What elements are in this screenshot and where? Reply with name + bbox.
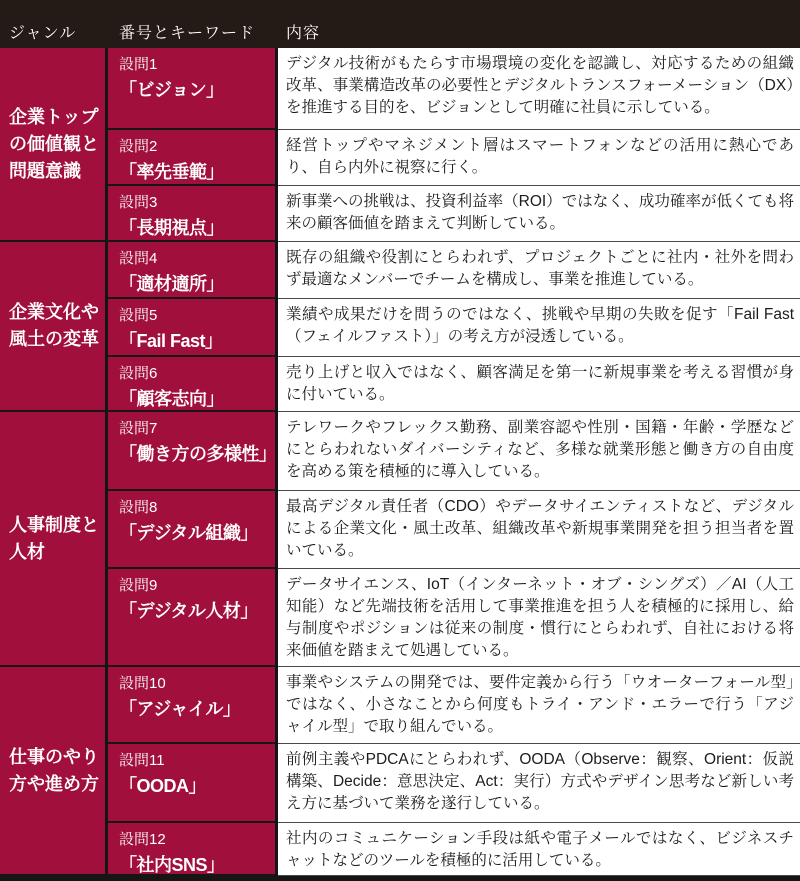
genre-group-top-values: 企業トップ の価値観と 問題意識 設問1 「ビジョン」 デジタル技術がもたらす市… — [0, 48, 800, 242]
question-keyword: 「Fail Fast」 — [119, 328, 271, 354]
question-keyword: 「アジャイル」 — [119, 696, 271, 722]
dx-survey-table: ジャンル 番号とキーワード 内容 企業トップ の価値観と 問題意識 設問1 「ビ… — [0, 0, 800, 881]
question-keyword: 「長期視点」 — [119, 215, 271, 241]
content-cell: 社内のコミュニケーション手段は紙や電子メールではなく、ビジネスチャットなどのツー… — [278, 823, 800, 876]
question-number: 設問8 — [119, 498, 271, 518]
content-cell: 最高デジタル責任者（CDO）やデータサイエンティストなど、デジタルによる企業文化… — [278, 491, 800, 569]
question-number: 設問1 — [119, 55, 271, 75]
table-row: 設問6 「顧客志向」 売り上げと収入ではなく、顧客満足を第一に新規事業を考える習… — [105, 357, 800, 412]
question-keyword: 「デジタル人材」 — [119, 598, 271, 624]
question-number: 設問12 — [119, 830, 271, 850]
content-cell: 前例主義やPDCAにとらわれず、OODA（Observe：観察、Orient：仮… — [278, 744, 800, 823]
genre-group-culture: 企業文化や 風土の変革 設問4 「適材適所」 既存の組織や役割にとらわれず、プロ… — [0, 242, 800, 412]
table-row: 設問3 「長期視点」 新事業への挑戦は、投資利益率（ROI）ではなく、成功確率が… — [105, 186, 800, 242]
header-genre: ジャンル — [0, 20, 105, 43]
content-cell: 売り上げと収入ではなく、顧客満足を第一に新規事業を考える習慣が身に付いている。 — [278, 357, 800, 412]
question-number: 設問10 — [119, 674, 271, 694]
question-keyword: 「顧客志向」 — [119, 386, 271, 412]
table-row: 設問8 「デジタル組織」 最高デジタル責任者（CDO）やデータサイエンティストな… — [105, 491, 800, 569]
content-cell: 業績や成果だけを問うのではなく、挑戦や早期の失敗を促す「Fail Fast（フェ… — [278, 299, 800, 357]
question-keyword: 「デジタル組織」 — [119, 520, 271, 546]
question-cell: 設問11 「OODA」 — [105, 744, 278, 823]
table-row: 設問5 「Fail Fast」 業績や成果だけを問うのではなく、挑戦や早期の失敗… — [105, 299, 800, 357]
question-number: 設問9 — [119, 576, 271, 596]
table-row: 設問7 「働き方の多様性」 テレワークやフレックス勤務、副業容認や性別・国籍・年… — [105, 412, 800, 491]
question-cell: 設問9 「デジタル人材」 — [105, 569, 278, 667]
table-row: 設問1 「ビジョン」 デジタル技術がもたらす市場環境の変化を認識し、対応するため… — [105, 48, 800, 130]
table-header: ジャンル 番号とキーワード 内容 — [0, 0, 800, 48]
question-keyword: 「適材適所」 — [119, 271, 271, 297]
header-number-keyword: 番号とキーワード — [105, 20, 278, 43]
content-cell: 新事業への挑戦は、投資利益率（ROI）ではなく、成功確率が低くても将来の顧客価値… — [278, 186, 800, 242]
content-cell: 事業やシステムの開発では、要件定義から行う「ウオーターフォール型」ではなく、小さ… — [278, 667, 800, 744]
table-row: 設問12 「社内SNS」 社内のコミュニケーション手段は紙や電子メールではなく、… — [105, 823, 800, 876]
question-number: 設問3 — [119, 193, 271, 213]
question-number: 設問7 — [119, 419, 271, 439]
content-cell: データサイエンス、IoT（インターネット・オブ・シングズ）／AI（人工知能）など… — [278, 569, 800, 667]
question-number: 設問5 — [119, 306, 271, 326]
question-cell: 設問7 「働き方の多様性」 — [105, 412, 278, 491]
question-cell: 設問10 「アジャイル」 — [105, 667, 278, 744]
genre-group-hr: 人事制度と 人材 設問7 「働き方の多様性」 テレワークやフレックス勤務、副業容… — [0, 412, 800, 667]
question-number: 設問2 — [119, 137, 271, 157]
table-row: 設問2 「率先垂範」 経営トップやマネジメント層はスマートフォンなどの活用に熱心… — [105, 130, 800, 186]
content-cell: 経営トップやマネジメント層はスマートフォンなどの活用に熱心であり、自ら内外に視察… — [278, 130, 800, 186]
genre-label: 仕事のやり 方や進め方 — [0, 667, 105, 876]
table-row: 設問10 「アジャイル」 事業やシステムの開発では、要件定義から行う「ウオーター… — [105, 667, 800, 744]
question-cell: 設問5 「Fail Fast」 — [105, 299, 278, 357]
question-cell: 設問6 「顧客志向」 — [105, 357, 278, 412]
question-cell: 設問3 「長期視点」 — [105, 186, 278, 242]
question-cell: 設問1 「ビジョン」 — [105, 48, 278, 130]
question-keyword: 「ビジョン」 — [119, 77, 271, 103]
question-number: 設問6 — [119, 364, 271, 384]
content-cell: デジタル技術がもたらす市場環境の変化を認識し、対応するための組織改革、事業構造改… — [278, 48, 800, 130]
table-row: 設問9 「デジタル人材」 データサイエンス、IoT（インターネット・オブ・シング… — [105, 569, 800, 667]
question-keyword: 「働き方の多様性」 — [119, 441, 271, 467]
question-cell: 設問8 「デジタル組織」 — [105, 491, 278, 569]
genre-label: 人事制度と 人材 — [0, 412, 105, 667]
content-cell: テレワークやフレックス勤務、副業容認や性別・国籍・年齢・学歴などにとらわれないダ… — [278, 412, 800, 491]
content-cell: 既存の組織や役割にとらわれず、プロジェクトごとに社内・社外を問わず最適なメンバー… — [278, 242, 800, 299]
genre-label: 企業文化や 風土の変革 — [0, 242, 105, 412]
question-cell: 設問2 「率先垂範」 — [105, 130, 278, 186]
bottom-border-bar — [0, 876, 800, 881]
question-keyword: 「率先垂範」 — [119, 159, 271, 185]
question-keyword: 「社内SNS」 — [119, 852, 271, 876]
table-row: 設問4 「適材適所」 既存の組織や役割にとらわれず、プロジェクトごとに社内・社外… — [105, 242, 800, 299]
question-cell: 設問12 「社内SNS」 — [105, 823, 278, 876]
question-number: 設問4 — [119, 249, 271, 269]
header-content: 内容 — [278, 20, 800, 43]
question-keyword: 「OODA」 — [119, 773, 271, 799]
genre-label: 企業トップ の価値観と 問題意識 — [0, 48, 105, 242]
genre-group-workstyle: 仕事のやり 方や進め方 設問10 「アジャイル」 事業やシステムの開発では、要件… — [0, 667, 800, 876]
question-cell: 設問4 「適材適所」 — [105, 242, 278, 299]
table-row: 設問11 「OODA」 前例主義やPDCAにとらわれず、OODA（Observe… — [105, 744, 800, 823]
question-number: 設問11 — [119, 751, 271, 771]
